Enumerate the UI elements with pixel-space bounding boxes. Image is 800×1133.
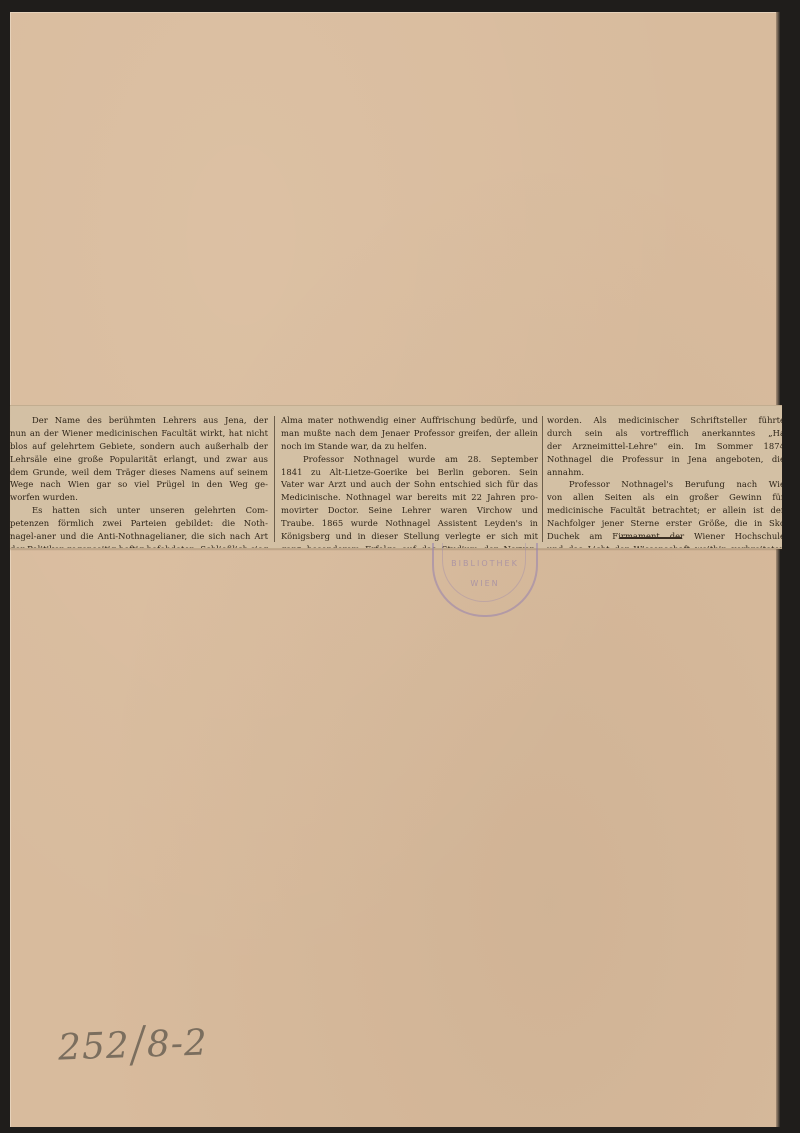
column-divider [542,416,543,542]
clipping-text-line: nagel-aner und die Anti-Nothnagelianer, … [10,530,268,543]
clipping-text-line: Alma mater nothwendig einer Auffrischung… [281,414,538,427]
article-end-rule [620,537,682,539]
clipping-text-line: von allen Seiten als ein großer Gewinn f… [547,491,782,504]
clipping-text-line: Wege nach Wien gar so viel Prügel in den… [10,478,268,491]
clipping-text-line: Königsberg und in dieser Stellung verleg… [281,530,538,543]
clipping-text-line: worden. Als medicinischer Schriftsteller… [547,414,782,427]
clipping-text-line: der Politiker gegenseitig heftig befehde… [10,543,268,549]
clipping-text-line: Traube. 1865 wurde Nothnagel Assistent L… [281,517,538,530]
clipping-text-line: worfen wurden. [10,491,268,504]
clipping-text-line: nun an der Wiener medicinischen Facultät… [10,427,268,440]
clipping-text-line: movirter Doctor. Seine Lehrer waren Virc… [281,504,538,517]
shelfmark-part-2: 8-2 [146,1022,208,1065]
clipping-text-line: und das Licht der Wissenschaft weithin v… [547,543,782,549]
archive-page [10,12,780,1127]
clipping-text-line: blos auf gelehrtem Gebiete, sondern auch… [10,440,268,453]
stamp-text-line-2: WIEN [434,579,536,588]
shelfmark-separator: / [131,1017,146,1073]
clipping-text-line: 1841 zu Alt-Lietze-Goerike bei Berlin ge… [281,466,538,479]
newspaper-clipping: Der Name des berühmten Lehrers aus Jena,… [10,405,782,549]
clipping-text-line: petenzen förmlich zwei Parteien gebildet… [10,517,268,530]
clipping-text-line: medicinische Facultät betrachtet; er all… [547,504,782,517]
handwritten-shelfmark: 252/8-2 [57,1022,208,1068]
page-right-edge [776,12,780,1127]
clipping-text-line: Medicinische. Nothnagel war bereits mit … [281,491,538,504]
stamp-inner-ring [442,543,526,602]
clipping-text-line: Der Name des berühmten Lehrers aus Jena,… [10,414,268,427]
clipping-text-line: noch im Stande war, da zu helfen. [281,440,538,453]
clipping-column-2: Alma mater nothwendig einer Auffrischung… [281,414,538,549]
clipping-text-line: annahm. [547,466,782,479]
clipping-text-line: Nachfolger jener Sterne erster Größe, di… [547,517,782,530]
clipping-text-line: Lehrsäle eine große Popularität erlangt,… [10,453,268,466]
stamp-text-line-1: BIBLIOTHEK [434,559,536,568]
clipping-text-line: dem Grunde, weil dem Träger dieses Namen… [10,466,268,479]
column-divider [274,416,275,542]
clipping-column-1: Der Name des berühmten Lehrers aus Jena,… [10,414,268,549]
clipping-column-3: worden. Als medicinischer Schriftsteller… [547,414,782,549]
clipping-text-line: Es hatten sich unter unseren gelehrten C… [10,504,268,517]
scan-frame: Der Name des berühmten Lehrers aus Jena,… [0,0,800,1133]
clipping-text-line: man mußte nach dem Jenaer Professor grei… [281,427,538,440]
clipping-text-line: Vater war Arzt und auch der Sohn entschi… [281,478,538,491]
clipping-text-line: Professor Nothnagel's Berufung nach Wie [547,478,782,491]
clipping-text-line: durch sein als vortrefflich anerkanntes … [547,427,782,440]
clipping-text-line: Professor Nothnagel wurde am 28. Septemb… [281,453,538,466]
clipping-text-line: der Arzneimittel-Lehre" ein. Im Sommer 1… [547,440,782,453]
shelfmark-part-1: 252 [57,1025,130,1068]
clipping-text-line: Nothnagel die Professur in Jena angebote… [547,453,782,466]
